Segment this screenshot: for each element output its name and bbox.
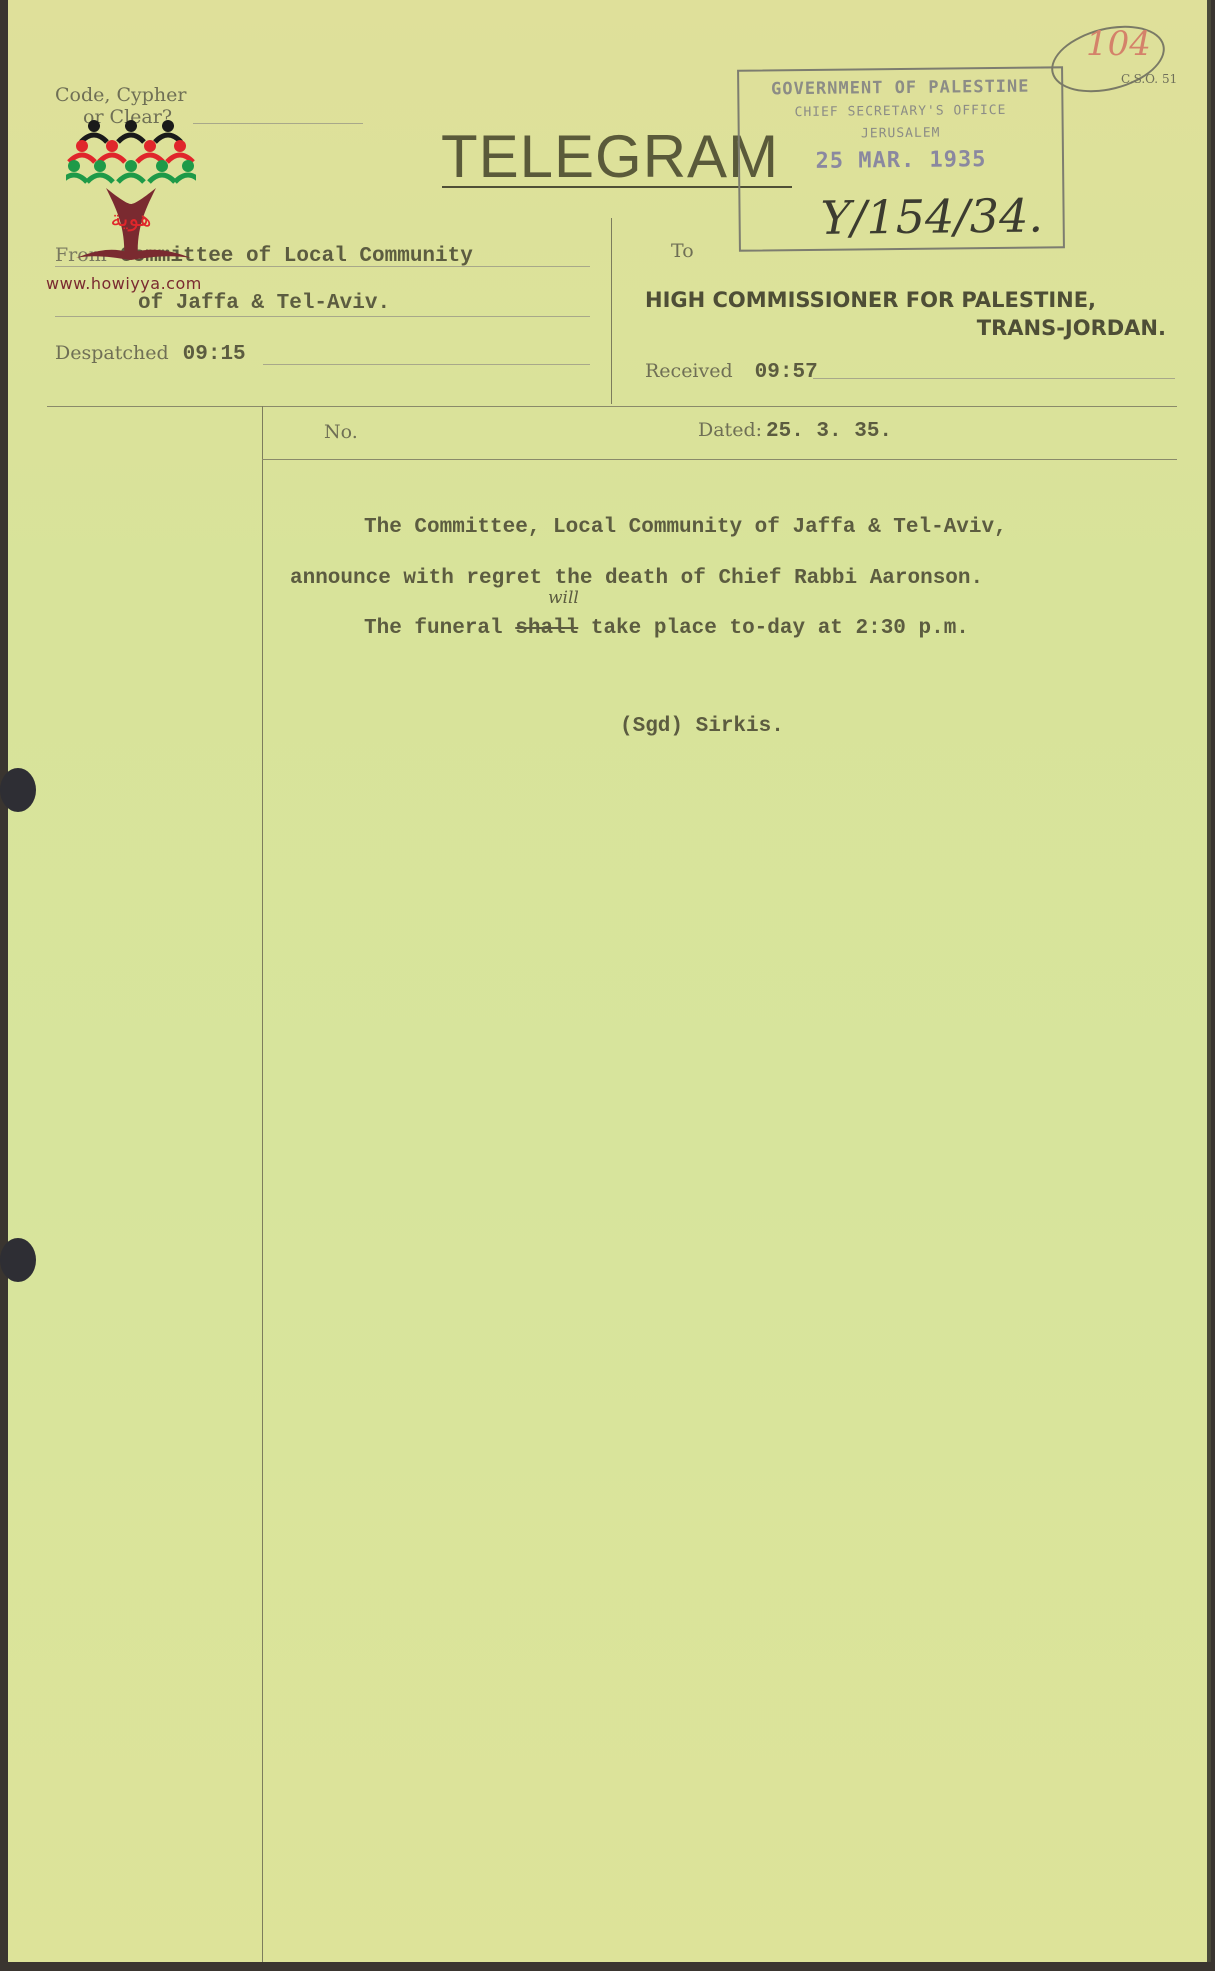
from-value-line2: of Jaffa & Tel-Aviv. — [138, 292, 390, 315]
file-reference: Y/154/34. — [820, 189, 1043, 245]
recipient-line2: TRANS-JORDAN. — [977, 316, 1166, 340]
punch-hole-top — [0, 768, 36, 812]
received-field: Received 09:57 — [645, 360, 818, 384]
header-separator — [47, 406, 1177, 407]
header-divider — [611, 218, 612, 404]
despatched-fill-line — [263, 364, 590, 365]
watermark-url: www.howiyya.com — [46, 274, 202, 293]
from-fill-line-2 — [55, 316, 590, 317]
code-fill-line — [193, 123, 363, 124]
stamp-date: 25 MAR. 1935 — [740, 146, 1062, 174]
despatched-value: 09:15 — [183, 343, 246, 366]
signature: (Sgd) Sirkis. — [620, 715, 784, 738]
dated-separator — [262, 459, 1177, 460]
left-margin-rule — [262, 406, 263, 1962]
despatched-field: Despatched 09:15 — [55, 342, 246, 366]
number-label: No. — [324, 421, 358, 443]
dated-value: 25. 3. 35. — [766, 420, 892, 443]
message-line1: The Committee, Local Community of Jaffa … — [364, 516, 1007, 539]
punch-hole-bottom — [0, 1238, 36, 1282]
folio-number: 104 — [1086, 24, 1151, 64]
form-number: C.S.O. 51 — [1121, 72, 1177, 86]
received-stamp: GOVERNMENT OF PALESTINE CHIEF SECRETARY'… — [737, 66, 1065, 251]
received-label: Received — [645, 360, 733, 382]
handwritten-correction: will — [548, 588, 579, 608]
dated-field: Dated: 25. 3. 35. — [698, 419, 892, 443]
howiyya-logo-icon: هوية — [66, 108, 196, 268]
received-fill-line — [813, 378, 1175, 379]
form-title: TELEGRAM — [441, 122, 779, 191]
stamp-office: CHIEF SECRETARY'S OFFICE — [739, 102, 1061, 120]
line3-after: take place to-day at 2:30 p.m. — [578, 617, 969, 640]
line3-before: The funeral — [364, 617, 515, 640]
code-label-line1: Code, Cypher — [55, 84, 186, 106]
recipient-line1: HIGH COMMISSIONER FOR PALESTINE, — [645, 288, 1096, 312]
message-line2: announce with regret the death of Chief … — [290, 567, 983, 590]
to-label: To — [671, 240, 694, 262]
received-value: 09:57 — [755, 361, 818, 384]
telegram-form: Code, Cypher or Clear? TELEGRAM GOVERNME… — [8, 0, 1211, 1962]
struck-word: shall — [515, 617, 578, 640]
message-line3: The funeral shall take place to-day at 2… — [364, 617, 969, 640]
svg-text:هوية: هوية — [111, 207, 152, 232]
despatched-label: Despatched — [55, 342, 169, 364]
stamp-city: JERUSALEM — [740, 124, 1062, 142]
dated-label: Dated: — [698, 419, 762, 441]
stamp-government: GOVERNMENT OF PALESTINE — [739, 76, 1061, 99]
